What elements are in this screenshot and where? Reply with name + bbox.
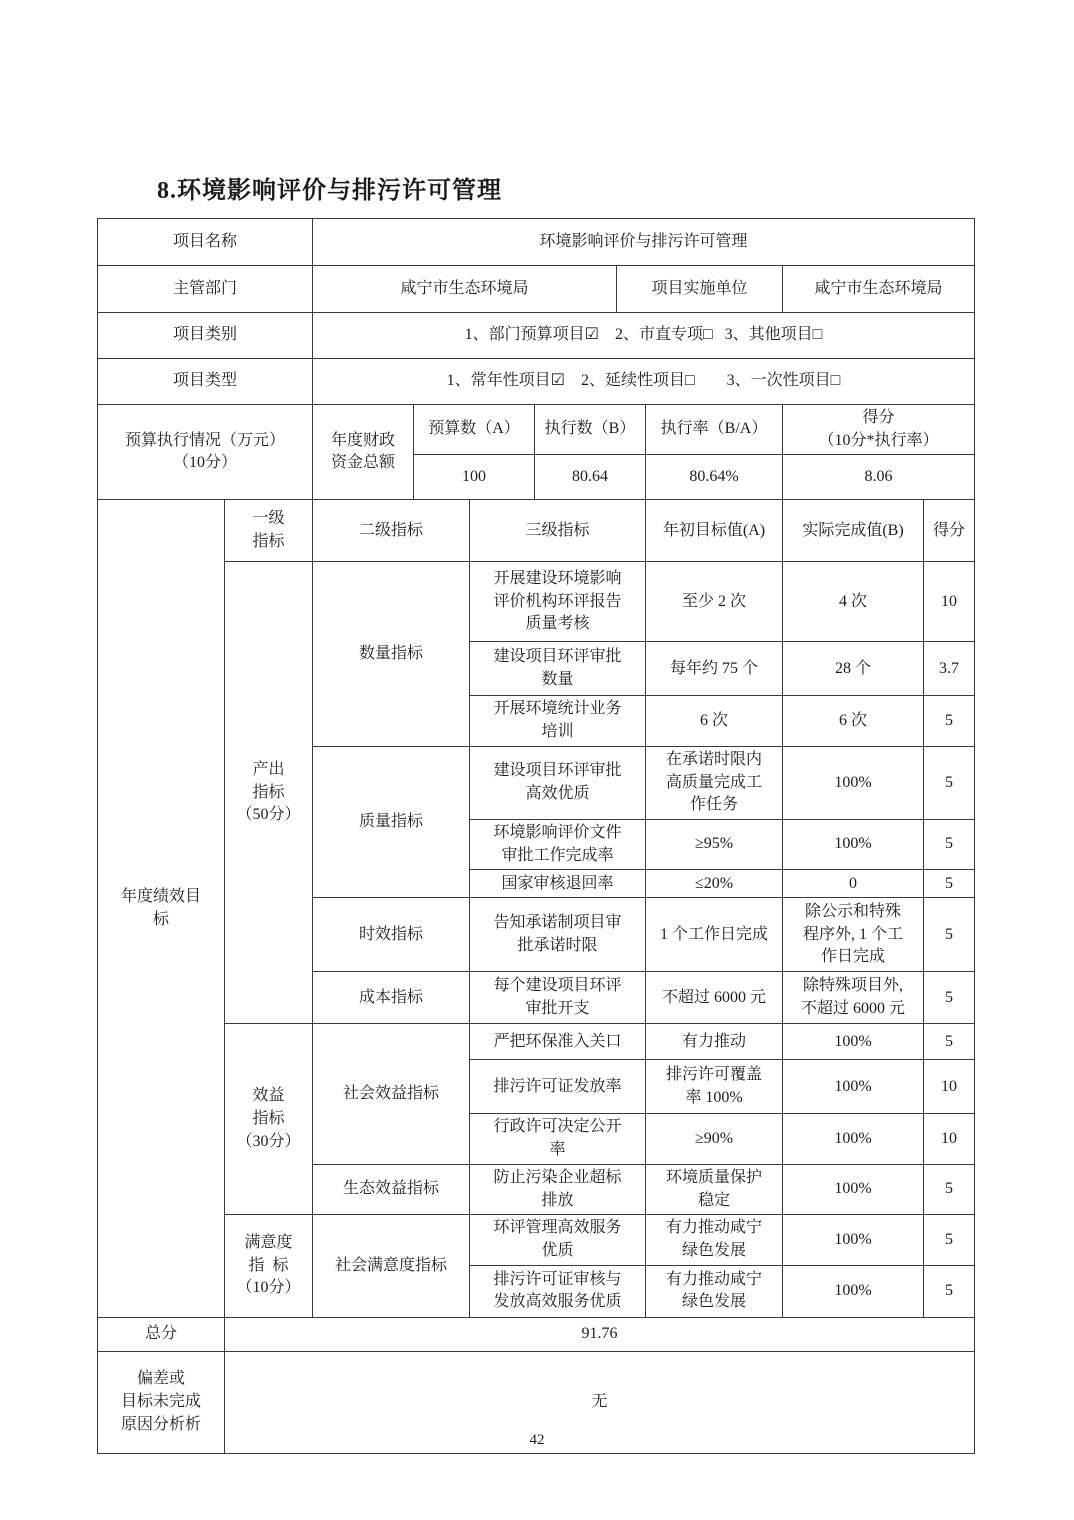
score-cell: 10 <box>924 1114 975 1164</box>
actual-cell: 除公示和特殊 程序外, 1 个工 作日完成 <box>783 898 924 972</box>
actual-cell: 6 次 <box>783 696 924 746</box>
tertiary-cell: 行政许可决定公开 率 <box>470 1114 646 1164</box>
target-cell: 环境质量保护 稳定 <box>646 1164 783 1214</box>
budget-section-label: 预算执行情况（万元） （10分） <box>98 405 313 500</box>
budget-val-rate: 80.64% <box>646 455 783 500</box>
target-cell: ≥95% <box>646 820 783 870</box>
secondary-quality: 质量指标 <box>313 746 470 898</box>
category-label: 项目类别 <box>98 313 313 359</box>
actual-cell: 100% <box>783 1114 924 1164</box>
tertiary-cell: 告知承诺制项目审 批承诺时限 <box>470 898 646 972</box>
budget-val-exec: 80.64 <box>535 455 646 500</box>
target-cell: ≥90% <box>646 1114 783 1164</box>
budget-col-rate: 执行率（B/A） <box>646 405 783 455</box>
budget-col-score: 得分 （10分*执行率） <box>783 405 975 455</box>
score-cell: 5 <box>924 972 975 1024</box>
score-cell: 5 <box>924 696 975 746</box>
target-cell: 在承诺时限内 高质量完成工 作任务 <box>646 746 783 819</box>
target-cell: 至少 2 次 <box>646 562 783 642</box>
header-score: 得分 <box>924 500 975 562</box>
header-target: 年初目标值(A) <box>646 500 783 562</box>
score-cell: 5 <box>924 1215 975 1265</box>
target-cell: 6 次 <box>646 696 783 746</box>
category-value: 1、部门预算项目☑ 2、市直专项□ 3、其他项目□ <box>313 313 975 359</box>
tertiary-cell: 开展建设环境影响 评价机构环评报告 质量考核 <box>470 562 646 642</box>
score-cell: 5 <box>924 820 975 870</box>
tertiary-cell: 建设项目环评审批 高效优质 <box>470 746 646 819</box>
actual-cell: 除特殊项目外, 不超过 6000 元 <box>783 972 924 1024</box>
target-cell: 排污许可覆盖 率 100% <box>646 1060 783 1114</box>
table-row: 年度绩效目 标 一级 指标 二级指标 三级指标 年初目标值(A) 实际完成值(B… <box>98 500 975 562</box>
target-cell: 1 个工作日完成 <box>646 898 783 972</box>
total-score-value: 91.76 <box>225 1317 975 1351</box>
performance-table: 项目名称 环境影响评价与排污许可管理 主管部门 咸宁市生态环境局 项目实施单位 … <box>97 218 975 1454</box>
header-actual: 实际完成值(B) <box>783 500 924 562</box>
target-cell: 有力推动咸宁 绿色发展 <box>646 1265 783 1317</box>
table-row: 项目名称 环境影响评价与排污许可管理 <box>98 219 975 266</box>
table-row: 预算执行情况（万元） （10分） 年度财政 资金总额 预算数（A） 执行数（B）… <box>98 405 975 455</box>
total-score-label: 总分 <box>98 1317 225 1351</box>
actual-cell: 100% <box>783 1024 924 1060</box>
tertiary-cell: 国家审核退回率 <box>470 870 646 898</box>
target-cell: 每年约 75 个 <box>646 642 783 696</box>
budget-col-budget: 预算数（A） <box>414 405 535 455</box>
dept-label: 主管部门 <box>98 266 313 313</box>
tertiary-cell: 严把环保准入关口 <box>470 1024 646 1060</box>
actual-cell: 4 次 <box>783 562 924 642</box>
tertiary-cell: 防止污染企业超标 排放 <box>470 1164 646 1214</box>
type-value: 1、常年性项目☑ 2、延续性项目□ 3、一次性项目□ <box>313 359 975 405</box>
header-level3: 三级指标 <box>470 500 646 562</box>
project-name-label: 项目名称 <box>98 219 313 266</box>
secondary-social-satisfaction: 社会满意度指标 <box>313 1215 470 1317</box>
actual-cell: 100% <box>783 820 924 870</box>
page-number: 42 <box>0 1432 1074 1449</box>
actual-cell: 0 <box>783 870 924 898</box>
actual-cell: 28 个 <box>783 642 924 696</box>
score-cell: 5 <box>924 898 975 972</box>
tertiary-cell: 排污许可证审核与 发放高效服务优质 <box>470 1265 646 1317</box>
impl-value: 咸宁市生态环境局 <box>783 266 975 313</box>
score-cell: 3.7 <box>924 642 975 696</box>
type-label: 项目类型 <box>98 359 313 405</box>
header-level1: 一级 指标 <box>225 500 313 562</box>
score-cell: 5 <box>924 1265 975 1317</box>
tertiary-cell: 建设项目环评审批 数量 <box>470 642 646 696</box>
tertiary-cell: 排污许可证发放率 <box>470 1060 646 1114</box>
annual-goal-section-label: 年度绩效目 标 <box>98 500 225 1317</box>
target-cell: 有力推动 <box>646 1024 783 1060</box>
score-cell: 10 <box>924 1060 975 1114</box>
table-row: 总分 91.76 <box>98 1317 975 1351</box>
actual-cell: 100% <box>783 1215 924 1265</box>
header-level2: 二级指标 <box>313 500 470 562</box>
table-row: 产出 指标 （50分） 数量指标 开展建设环境影响 评价机构环评报告 质量考核 … <box>98 562 975 642</box>
dept-value: 咸宁市生态环境局 <box>313 266 617 313</box>
secondary-cost: 成本指标 <box>313 972 470 1024</box>
tertiary-cell: 开展环境统计业务 培训 <box>470 696 646 746</box>
primary-satisfaction: 满意度 指 标 （10分） <box>225 1215 313 1317</box>
actual-cell: 100% <box>783 1060 924 1114</box>
table-row: 项目类别 1、部门预算项目☑ 2、市直专项□ 3、其他项目□ <box>98 313 975 359</box>
table-row: 满意度 指 标 （10分） 社会满意度指标 环评管理高效服务 优质 有力推动咸宁… <box>98 1215 975 1265</box>
document-page: 8.环境影响评价与排污许可管理 项目名称 环境影响评价与排污许可管理 主管部门 … <box>0 0 1074 1520</box>
project-name-value: 环境影响评价与排污许可管理 <box>313 219 975 266</box>
budget-val-budget: 100 <box>414 455 535 500</box>
primary-benefit: 效益 指标 （30分） <box>225 1024 313 1215</box>
target-cell: ≤20% <box>646 870 783 898</box>
tertiary-cell: 每个建设项目环评 审批开支 <box>470 972 646 1024</box>
budget-fund-label: 年度财政 资金总额 <box>313 405 414 500</box>
secondary-timeliness: 时效指标 <box>313 898 470 972</box>
target-cell: 不超过 6000 元 <box>646 972 783 1024</box>
secondary-quantity: 数量指标 <box>313 562 470 746</box>
tertiary-cell: 环境影响评价文件 审批工作完成率 <box>470 820 646 870</box>
primary-output: 产出 指标 （50分） <box>225 562 313 1024</box>
secondary-social-benefit: 社会效益指标 <box>313 1024 470 1164</box>
document-title: 8.环境影响评价与排污许可管理 <box>157 170 502 205</box>
score-cell: 5 <box>924 746 975 819</box>
budget-val-score: 8.06 <box>783 455 975 500</box>
score-cell: 5 <box>924 1164 975 1214</box>
target-cell: 有力推动咸宁 绿色发展 <box>646 1215 783 1265</box>
table-row: 项目类型 1、常年性项目☑ 2、延续性项目□ 3、一次性项目□ <box>98 359 975 405</box>
tertiary-cell: 环评管理高效服务 优质 <box>470 1215 646 1265</box>
impl-label: 项目实施单位 <box>617 266 783 313</box>
table-row: 效益 指标 （30分） 社会效益指标 严把环保准入关口 有力推动 100% 5 <box>98 1024 975 1060</box>
secondary-eco-benefit: 生态效益指标 <box>313 1164 470 1214</box>
score-cell: 10 <box>924 562 975 642</box>
score-cell: 5 <box>924 870 975 898</box>
score-cell: 5 <box>924 1024 975 1060</box>
actual-cell: 100% <box>783 1265 924 1317</box>
actual-cell: 100% <box>783 746 924 819</box>
budget-col-exec: 执行数（B） <box>535 405 646 455</box>
actual-cell: 100% <box>783 1164 924 1214</box>
table-row: 主管部门 咸宁市生态环境局 项目实施单位 咸宁市生态环境局 <box>98 266 975 313</box>
